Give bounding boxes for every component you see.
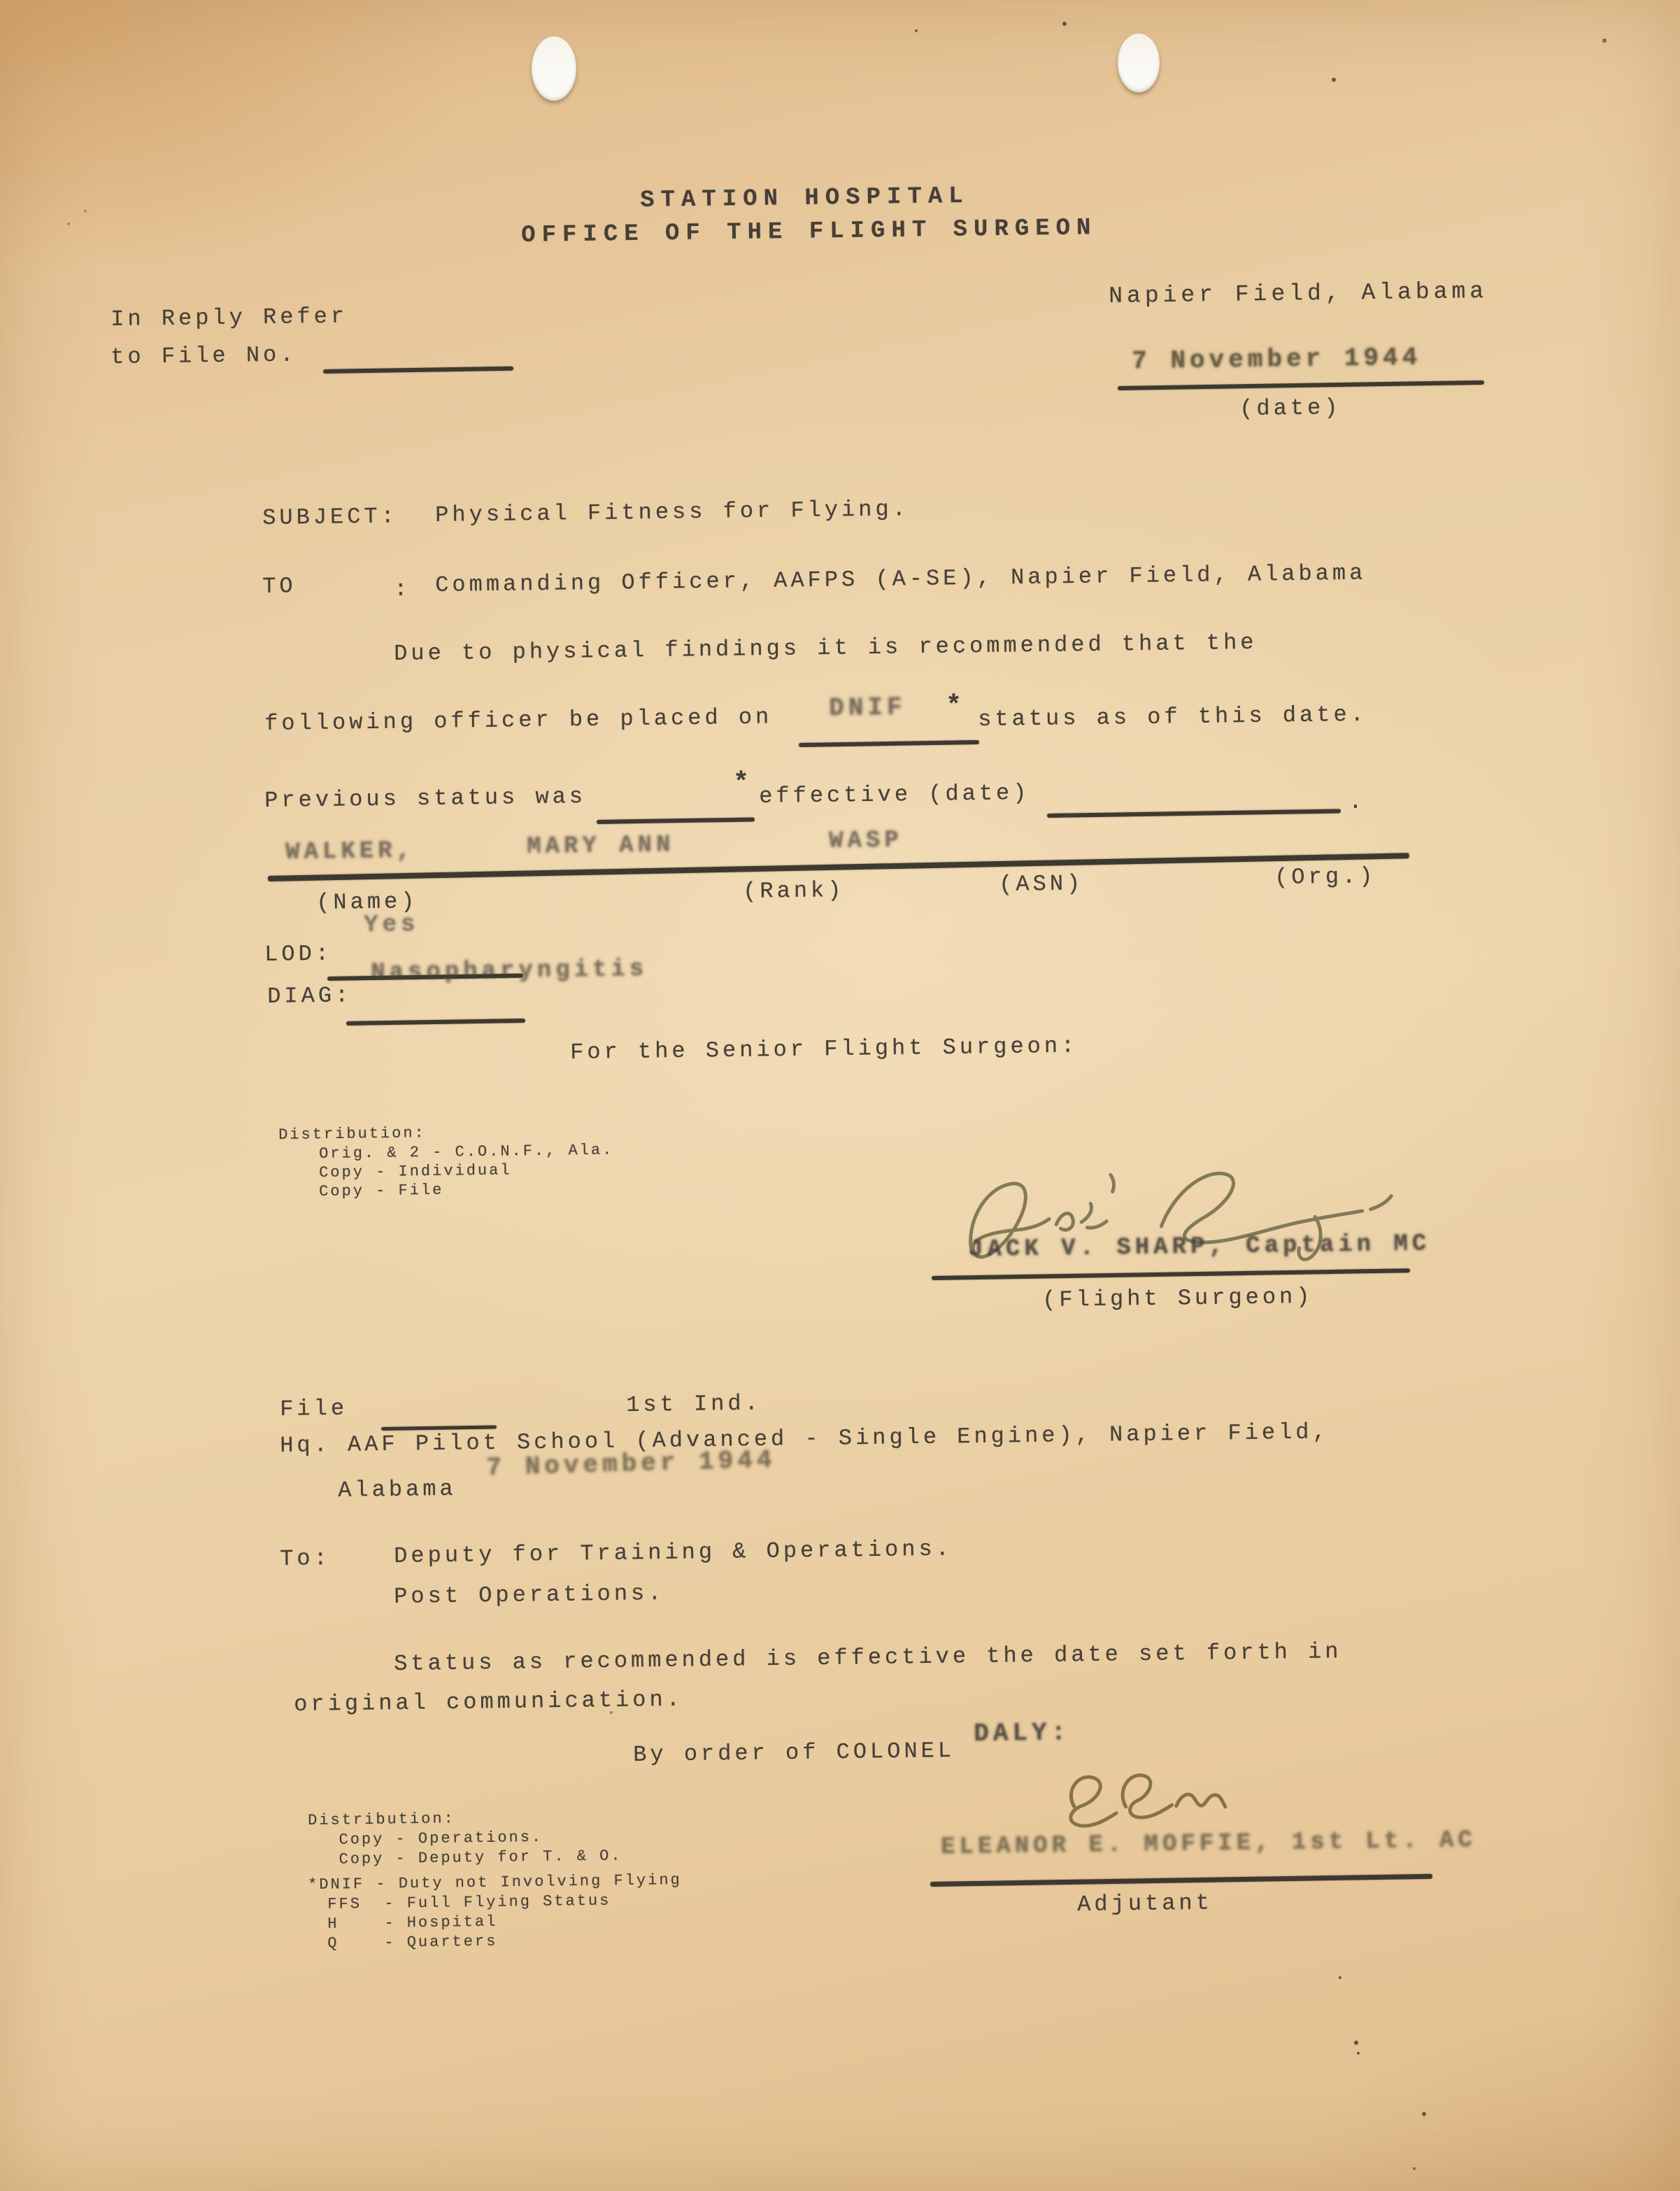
asn-field-label: (ASN) — [999, 870, 1083, 898]
diag-label: DIAG: — [267, 982, 352, 1009]
rank-field-label: (Rank) — [743, 877, 845, 905]
previous-status-mid: effective (date) — [759, 780, 1030, 809]
flight-surgeon-signature — [949, 1150, 1415, 1285]
adjutant-name-stamp: ELEANOR E. MOFFIE, 1st Lt. AC — [941, 1827, 1476, 1861]
indorsement-to-line2: Post Operations. — [394, 1580, 665, 1610]
officer-surname-stamp: WALKER, — [285, 838, 415, 866]
indorsement-to-label: To: — [280, 1545, 331, 1572]
diag-underline — [346, 1019, 525, 1026]
date-stamp: 7 November 1944 — [1132, 343, 1422, 376]
previous-status-underline — [597, 817, 755, 824]
location-line: Napier Field, Alabama — [1109, 278, 1488, 309]
punch-hole-left — [532, 36, 576, 101]
indorsement-body-line2: original communication. — [294, 1687, 683, 1717]
legend-line-ffs: FFS - Full Flying Status — [316, 1892, 611, 1913]
hq-line1: Hq. AAF Pilot School (Advanced - Single … — [280, 1419, 1330, 1459]
date-underline — [1118, 381, 1484, 390]
to-colon: : — [394, 576, 411, 602]
distribution-bottom-line: Copy - Operations. — [316, 1829, 543, 1849]
legend-line-q: Q - Quarters — [316, 1933, 498, 1952]
legend-line-h: H - Hospital — [316, 1913, 498, 1933]
officer-givenname-stamp: MARY ANN — [527, 832, 675, 860]
body-line1: Due to physical findings it is recommend… — [394, 630, 1258, 667]
distribution-top-line: Orig. & 2 - C.O.N.F., Ala. — [319, 1141, 614, 1163]
subject-label: SUBJECT: — [262, 503, 398, 531]
org-field-label: (Org.) — [1274, 863, 1376, 891]
distribution-bottom-title: Distribution: — [308, 1810, 455, 1829]
body-line2-prefix: following officer be placed on — [264, 704, 773, 737]
asterisk-mark-2: * — [733, 768, 753, 798]
status-blank-underline — [799, 740, 979, 747]
previous-status-period: . — [1348, 789, 1366, 815]
document-page: STATION HOSPITAL OFFICE OF THE FLIGHT SU… — [0, 0, 1680, 2191]
lod-value-stamp: Yes — [364, 912, 420, 939]
letterhead-line2: OFFICE OF THE FLIGHT SURGEON — [521, 215, 1097, 249]
file-no-underline — [323, 367, 513, 374]
officer-org-stamp: WASP — [829, 828, 903, 855]
dnif-status-stamp: DNIF — [829, 693, 906, 723]
paper-specks — [0, 0, 3, 3]
distribution-top-line: Copy - File — [319, 1182, 444, 1200]
file-label: File — [280, 1396, 348, 1422]
reply-refer-line2: to File No. — [111, 342, 297, 370]
asterisk-mark-1: * — [946, 691, 965, 721]
previous-status-prefix: Previous status was — [264, 783, 586, 814]
to-label: TO — [262, 573, 297, 600]
surgeon-title-label: (Flight Surgeon) — [1042, 1284, 1314, 1313]
indorsement-body-line1: Status as recommended is effective the d… — [394, 1638, 1342, 1677]
adjutant-title-label: Adjutant — [1077, 1889, 1213, 1917]
hq-line2: Alabama — [338, 1476, 457, 1503]
body-line2-suffix: status as of this date. — [978, 702, 1367, 732]
distribution-bottom-line: Copy - Deputy for T. & O. — [316, 1847, 622, 1869]
punch-hole-right — [1118, 34, 1160, 92]
adjutant-signature-underline — [930, 1874, 1432, 1887]
distribution-top-line: Copy - Individual — [319, 1161, 512, 1182]
subject-value: Physical Fitness for Flying. — [435, 496, 909, 528]
for-senior-flight-surgeon-line: For the Senior Flight Surgeon: — [570, 1033, 1079, 1065]
distribution-top-title: Distribution: — [278, 1124, 426, 1144]
colonel-name-stamp: DALY: — [974, 1718, 1071, 1748]
indorsement-to-line1: Deputy for Training & Operations. — [394, 1536, 953, 1569]
diag-value-stamp: Nasopharyngitis — [371, 956, 648, 986]
effective-date-underline — [1047, 809, 1341, 818]
to-value: Commanding Officer, AAFPS (A-SE), Napier… — [435, 560, 1367, 598]
reply-refer-line1: In Reply Refer — [111, 304, 348, 332]
first-indorsement-label: 1st Ind. — [626, 1390, 762, 1418]
lod-label: LOD: — [264, 941, 332, 967]
legend-line-dnif: *DNIF - Duty not Involving Flying — [308, 1871, 682, 1894]
letterhead-line1: STATION HOSPITAL — [640, 183, 969, 214]
date-label: (date) — [1239, 395, 1341, 422]
by-order-line: By order of COLONEL — [633, 1738, 955, 1768]
